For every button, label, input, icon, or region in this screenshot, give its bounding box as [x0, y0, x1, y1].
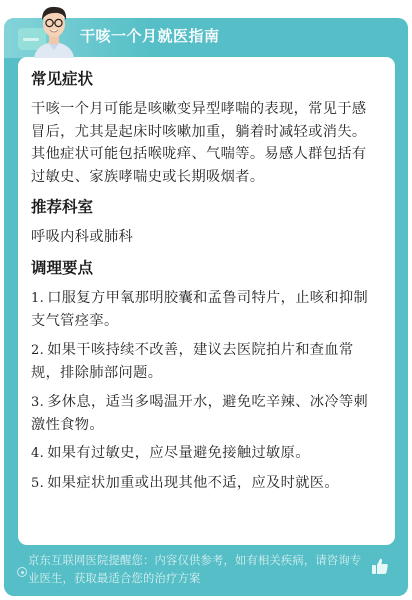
list-item: 5.如果症状加重或出现其他不适，应及时就医。: [31, 472, 381, 495]
list-text: 如果有过敏史，应尽量避免接触过敏原。: [47, 445, 310, 461]
list-text: 如果干咳持续不改善，建议去医院拍片和查血常规，排除肺部问题。: [31, 342, 354, 381]
list-number: 2.: [31, 343, 44, 358]
doctor-avatar-icon: [30, 2, 78, 58]
department-text: 呼吸内科或肺科: [31, 226, 381, 249]
list-text: 如果症状加重或出现其他不适，应及时就医。: [47, 475, 339, 491]
list-item: 3.多休息，适当多喝温开水，避免吃辛辣、冰冷等刺激性食物。: [31, 391, 381, 437]
list-number: 5.: [31, 476, 44, 491]
list-text: 多休息，适当多喝温开水，避免吃辛辣、冰冷等刺激性食物。: [31, 394, 368, 433]
list-number: 1.: [31, 291, 44, 306]
list-item: 4.如果有过敏史，应尽量避免接触过敏原。: [31, 442, 381, 465]
list-item: 2.如果干咳持续不改善，建议去医院拍片和查血常规，排除肺部问题。: [31, 339, 381, 385]
disclaimer: 京东互联网医院提醒您：内容仅供参考，如有相关疾病，请咨询专业医生，获取最适合您的…: [16, 552, 366, 587]
thumbs-up-icon[interactable]: [371, 557, 389, 575]
page-title: 干咳一个月就医指南: [80, 25, 220, 46]
list-number: 4.: [31, 446, 44, 461]
list-text: 口服复方甲氧那明胶囊和孟鲁司特片，止咳和抑制支气管痉挛。: [31, 290, 368, 329]
symptoms-text: 干咳一个月可能是咳嗽变异型哮喘的表现，常见于感冒后，尤其是起床时咳嗽加重，躺着时…: [31, 98, 381, 188]
section-heading-department: 推荐科室: [31, 194, 381, 220]
section-heading-symptoms: 常见症状: [31, 66, 381, 92]
disclaimer-text: 京东互联网医院提醒您：内容仅供参考，如有相关疾病，请咨询专业医生，获取最适合您的…: [28, 552, 366, 587]
content-card: 常见症状 干咳一个月可能是咳嗽变异型哮喘的表现，常见于感冒后，尤其是起床时咳嗽加…: [18, 57, 395, 545]
list-number: 3.: [31, 395, 44, 410]
section-heading-care: 调理要点: [31, 255, 381, 281]
list-item: 1.口服复方甲氧那明胶囊和孟鲁司特片，止咳和抑制支气管痉挛。: [31, 287, 381, 333]
